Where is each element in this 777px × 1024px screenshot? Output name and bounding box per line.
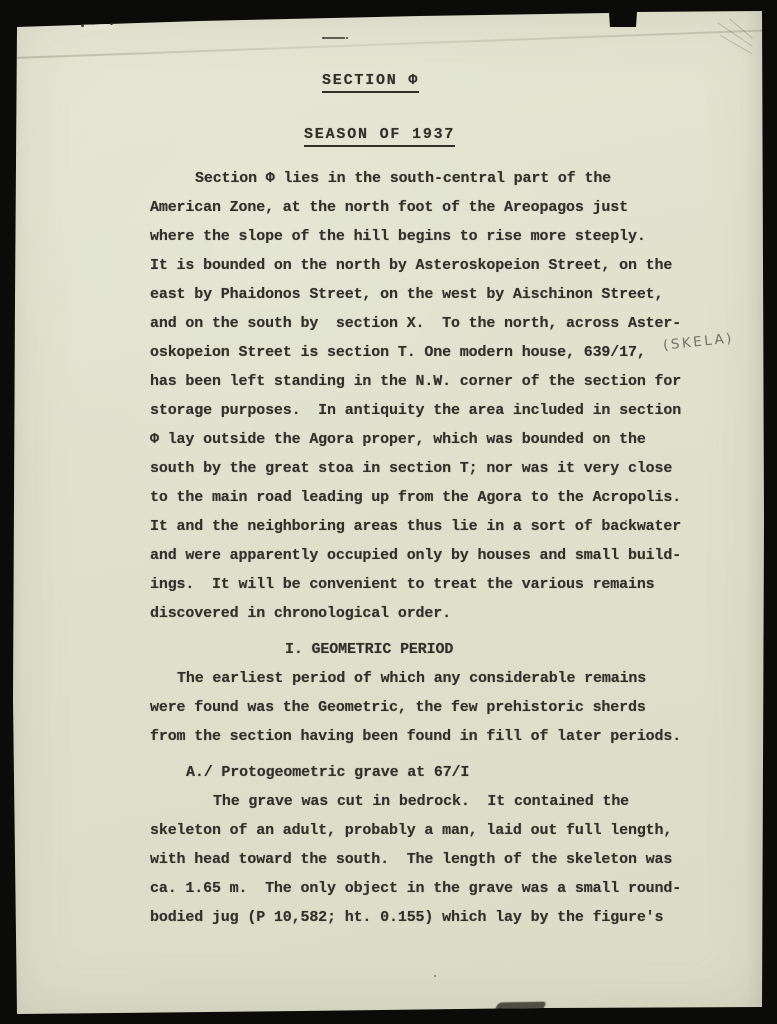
typed-line: It is bounded on the north by Asteroskop… [150, 251, 730, 280]
typed-line: were found was the Geometric, the few pr… [150, 693, 730, 722]
typed-line: and were apparently occupied only by hou… [150, 541, 730, 570]
typed-line: skeleton of an adult, probably a man, la… [150, 816, 730, 845]
typed-line: American Zone, at the north foot of the … [150, 193, 730, 222]
paper-crease [14, 29, 766, 58]
typed-line: with head toward the south. The length o… [150, 845, 730, 874]
typed-line: The grave was cut in bedrock. It contain… [150, 787, 730, 816]
tape-residue-mark [83, 19, 114, 31]
typed-text-block: Section Φ lies in the south-central part… [150, 164, 730, 932]
document-page: SECTION Φ SEASON OF 1937 Section Φ lies … [0, 0, 777, 1024]
typed-line: discovered in chronological order. [150, 599, 730, 628]
typed-line: has been left standing in the N.W. corne… [150, 367, 730, 396]
typed-line: where the slope of the hill begins to ri… [150, 222, 730, 251]
document-title: SECTION Φ [322, 72, 419, 93]
typed-line: to the main road leading up from the Ago… [150, 483, 730, 512]
bottom-edge-smudge [495, 1002, 547, 1010]
typed-line: Φ lay outside the Agora proper, which wa… [150, 425, 730, 454]
document-subtitle: SEASON OF 1937 [304, 126, 455, 147]
paper-speck [434, 975, 436, 977]
typed-line: It and the neighboring areas thus lie in… [150, 512, 730, 541]
typed-line: Section Φ lies in the south-central part… [150, 164, 730, 193]
typed-line: ings. It will be convenient to treat the… [150, 570, 730, 599]
pen-dash-mark [325, 37, 345, 39]
pencil-scratch [720, 35, 752, 54]
typed-line: east by Phaidonos Street, on the west by… [150, 280, 730, 309]
typed-line: storage purposes. In antiquity the area … [150, 396, 730, 425]
typed-line: bodied jug (P 10,582; ht. 0.155) which l… [150, 903, 730, 932]
typed-line: from the section having been found in fi… [150, 722, 730, 751]
scan-backdrop: SECTION Φ SEASON OF 1937 Section Φ lies … [0, 0, 777, 1024]
typed-line: A./ Protogeometric grave at 67/I [150, 758, 730, 787]
pencil-scratch [729, 18, 753, 38]
typed-line: ca. 1.65 m. The only object in the grave… [150, 874, 730, 903]
section-heading: I. GEOMETRIC PERIOD [150, 635, 730, 664]
typed-line: oskopeion Street is section T. One moder… [150, 338, 730, 367]
typed-line: The earliest period of which any conside… [150, 664, 730, 693]
typed-line: and on the south by section X. To the no… [150, 309, 730, 338]
typed-line: south by the great stoa in section T; no… [150, 454, 730, 483]
